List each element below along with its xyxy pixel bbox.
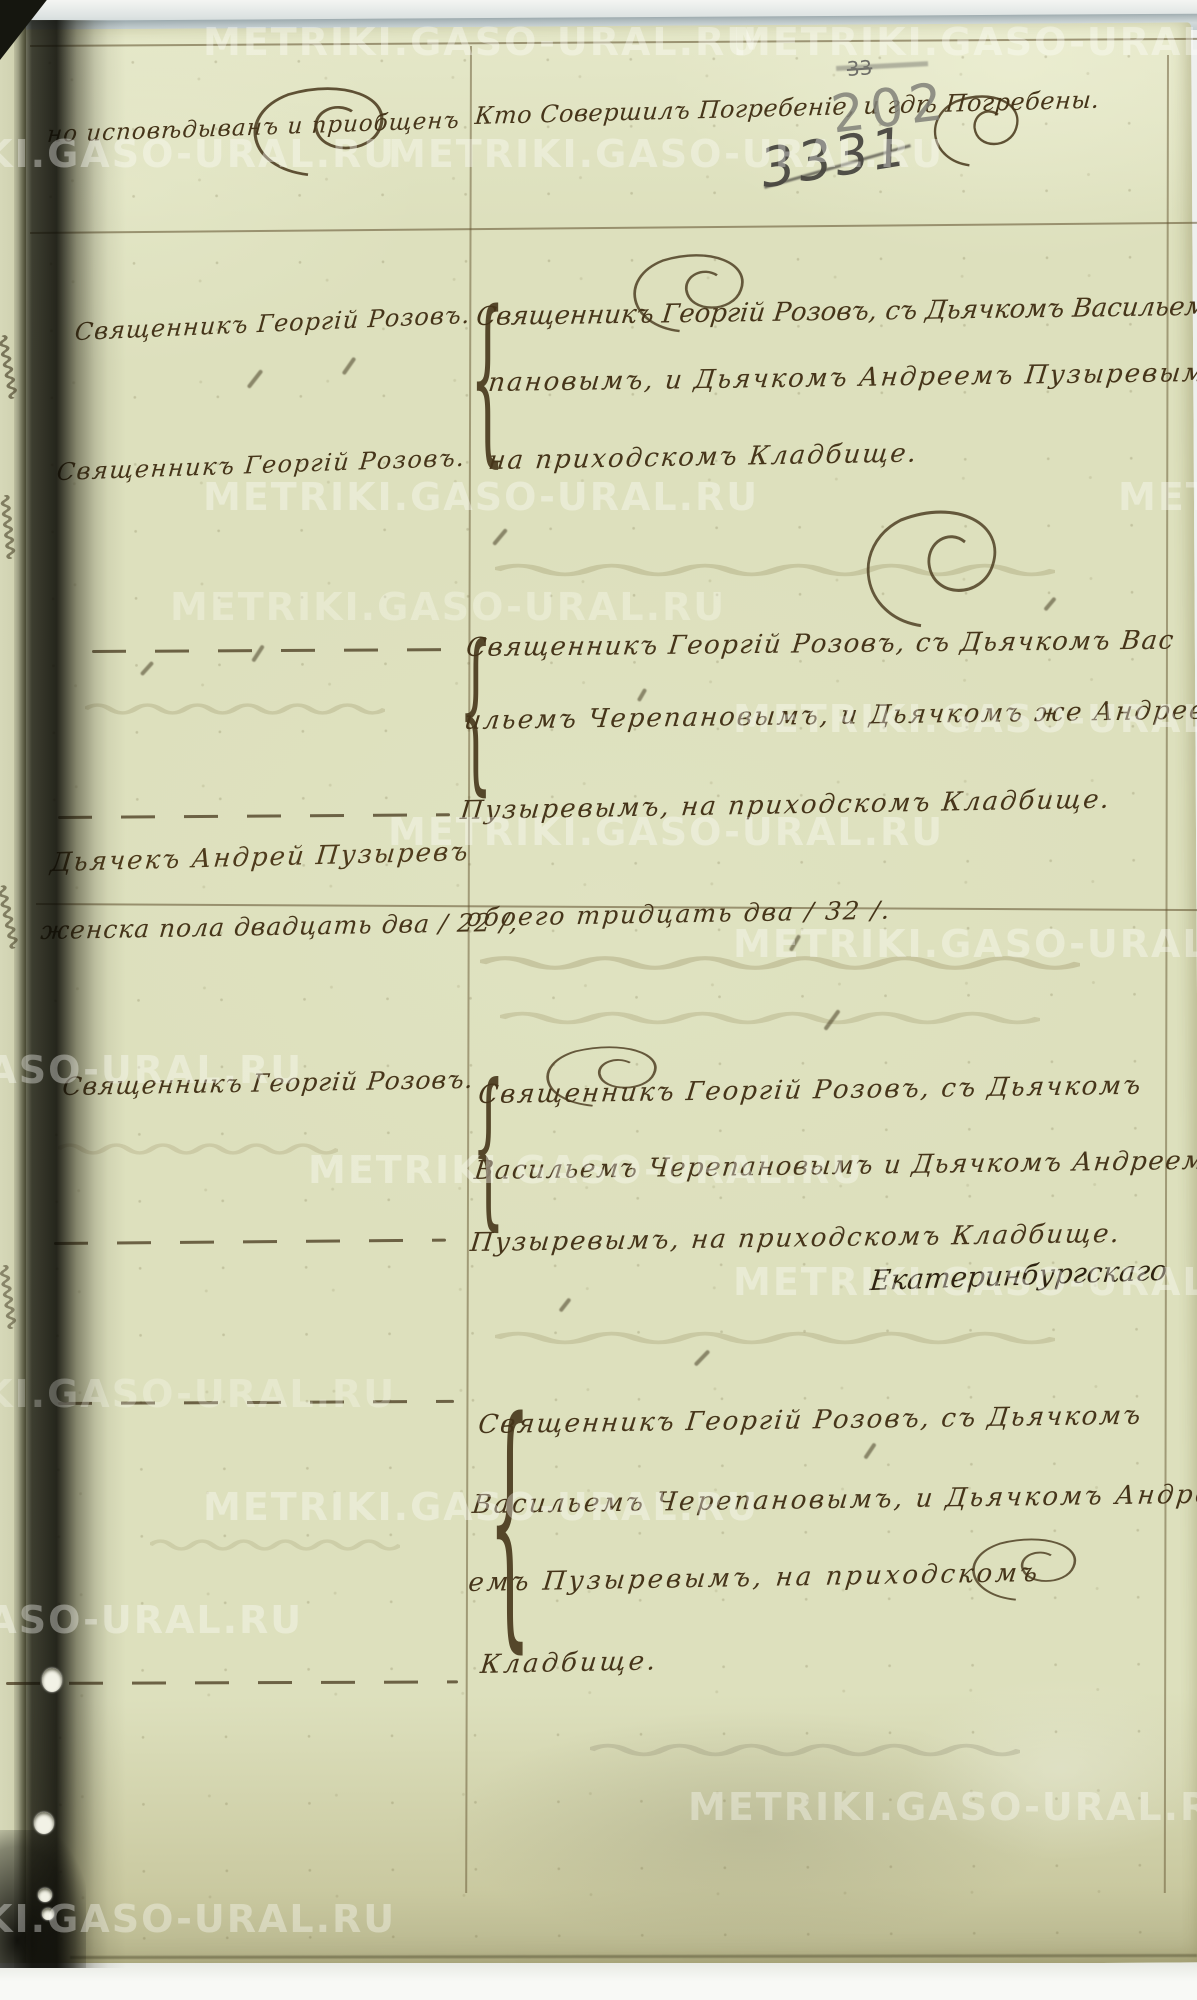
punch-hole	[42, 1668, 62, 1692]
punch-hole	[38, 1888, 52, 1902]
scanner-background-bottom	[0, 1963, 1197, 2000]
ink-showthrough	[85, 700, 385, 718]
ink-showthrough	[500, 1008, 1040, 1028]
ink-showthrough	[590, 1740, 1020, 1760]
ink-showthrough	[150, 1536, 400, 1554]
ink-showthrough	[58, 1140, 338, 1158]
burial-record-line: Кладбище.	[479, 1646, 660, 1680]
ink-showthrough	[495, 1328, 1055, 1348]
punch-hole	[42, 1908, 54, 1920]
archival-scan: но исповѣдыванъ и приобщенъ Кто Совершил…	[0, 0, 1197, 2000]
calligraphic-flourish	[845, 498, 1045, 630]
adjacent-page-sliver	[0, 20, 26, 1968]
ink-showthrough	[480, 952, 1080, 974]
punch-hole	[34, 1812, 54, 1834]
